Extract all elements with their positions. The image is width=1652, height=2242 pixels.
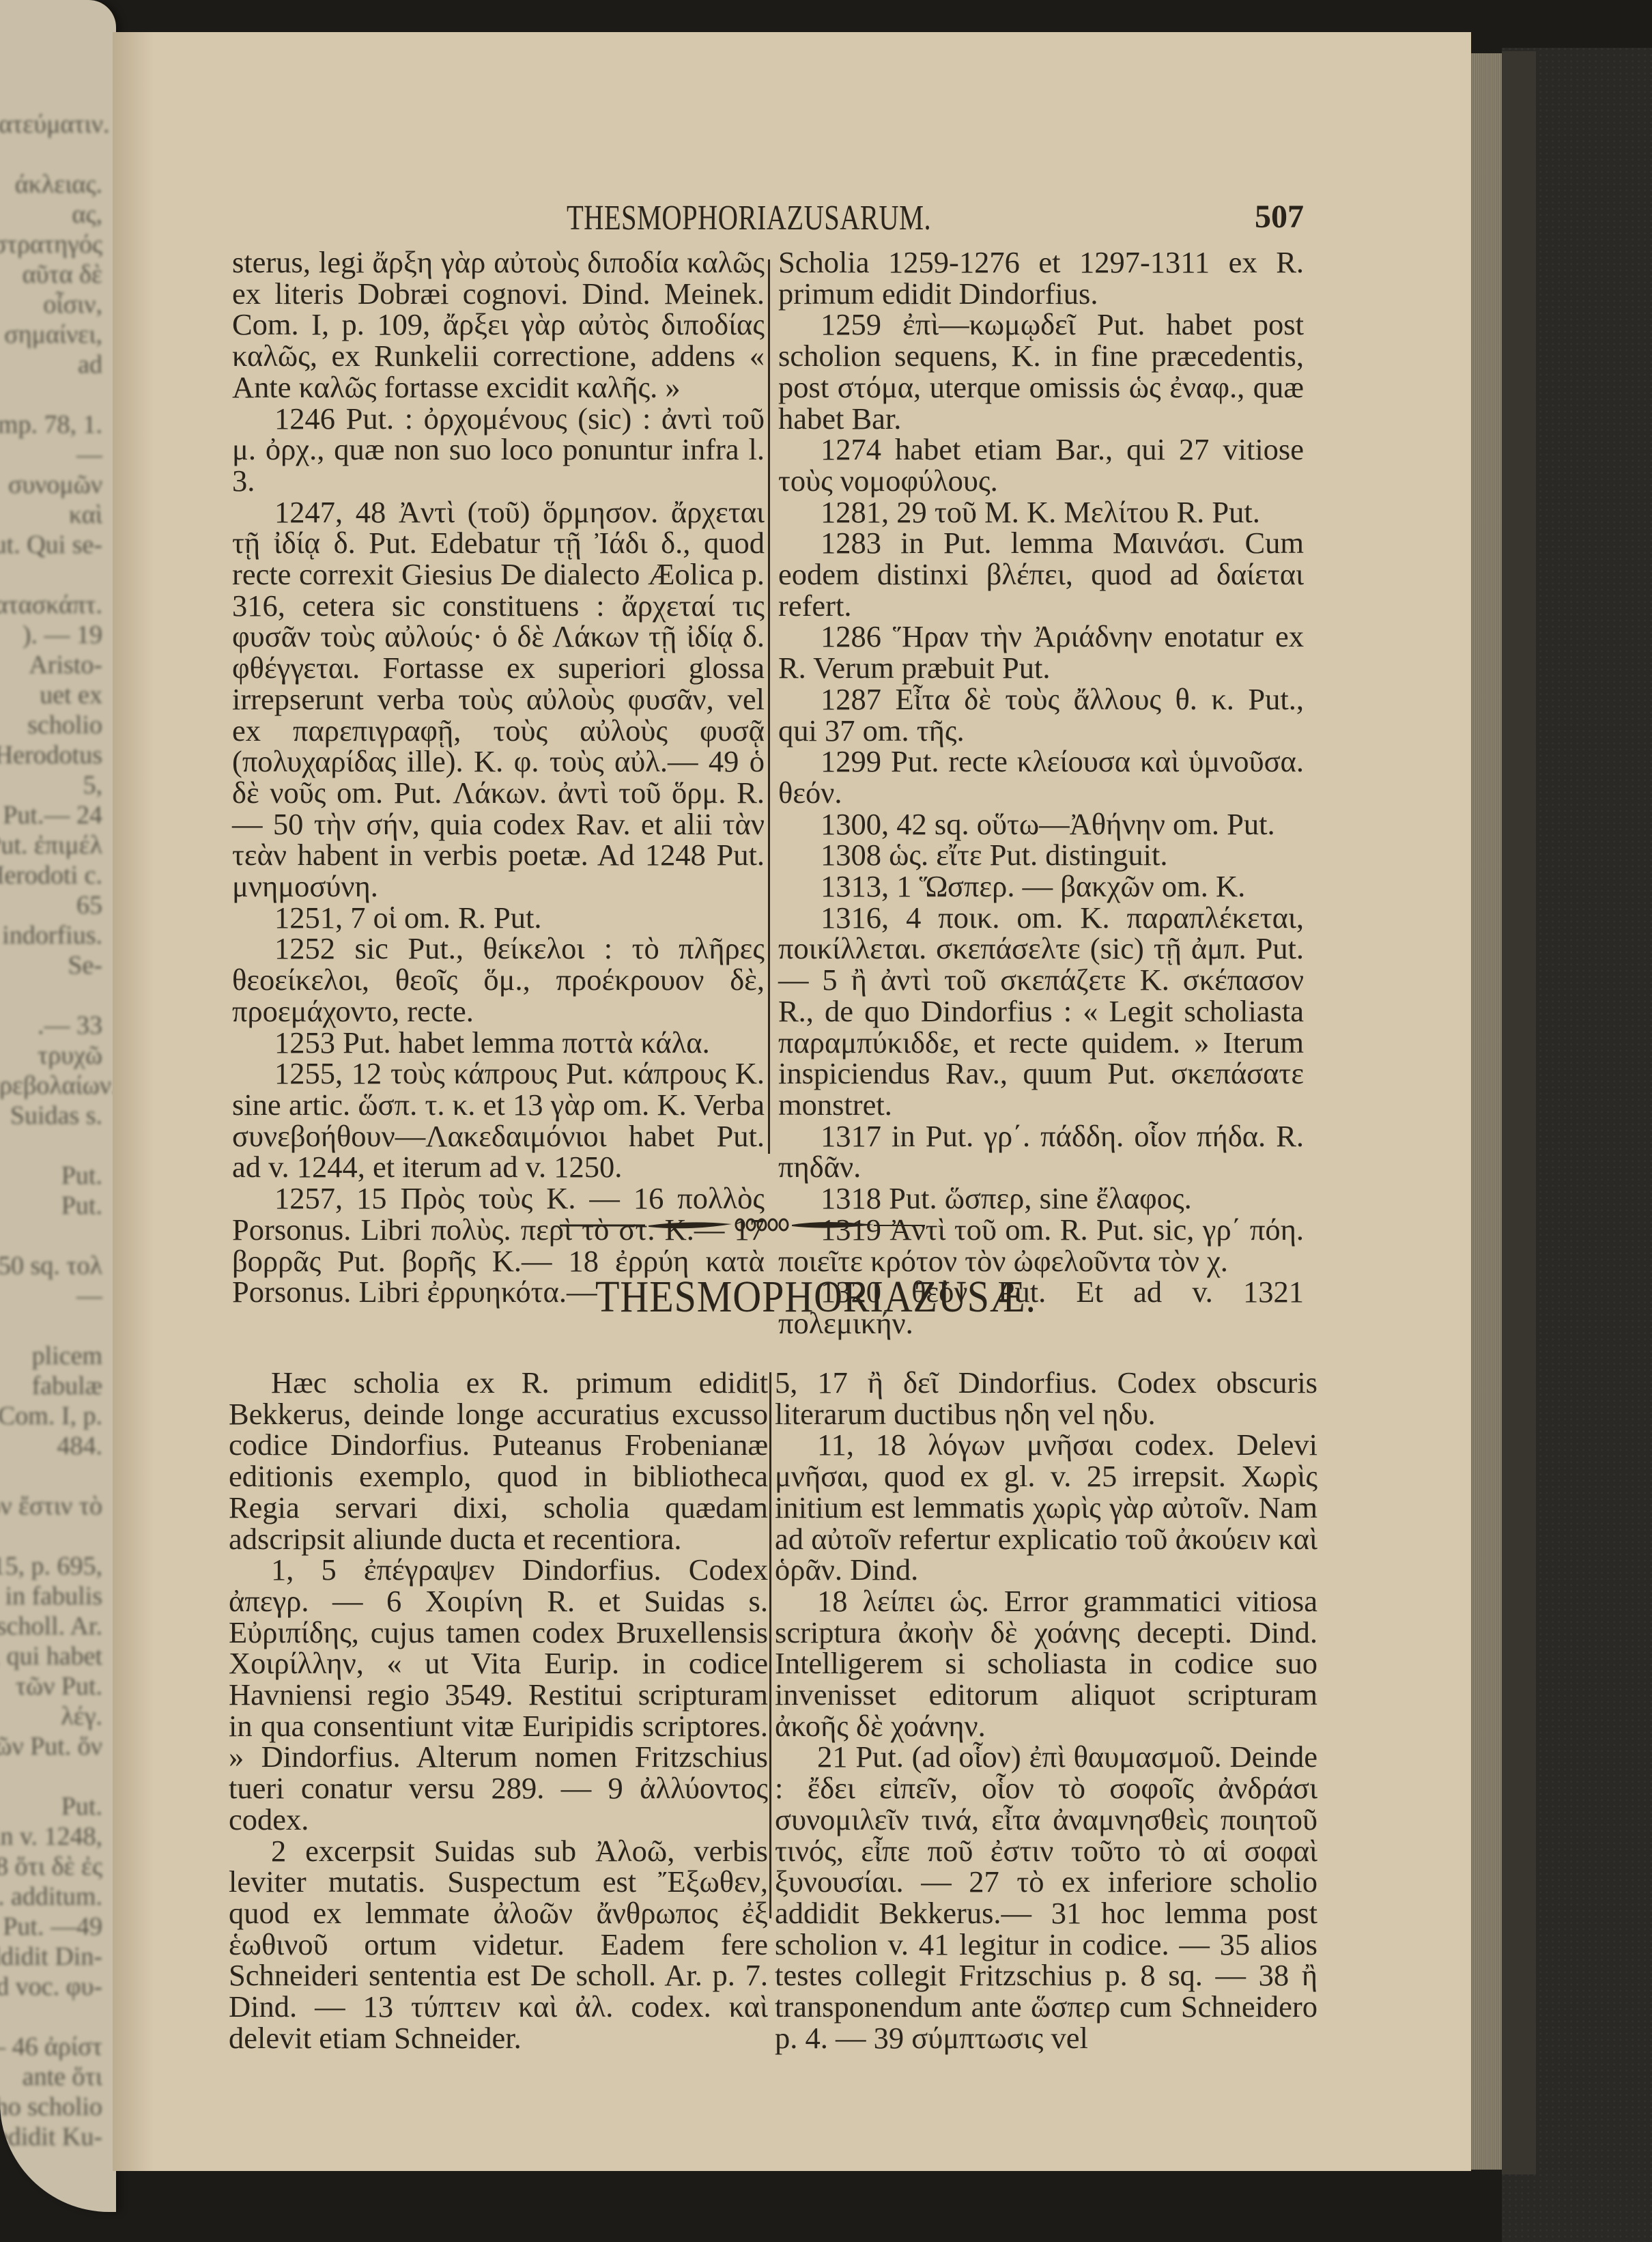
scholion-paragraph: Scholia 1259-1276 et 1297-1311 ex R. pri… (778, 247, 1304, 309)
scholion-paragraph: 1283 in Put. lemma Μαινάσι. Cum eodem di… (778, 528, 1304, 621)
scholion-paragraph: 1259 ἐπὶ—κωμῳδεῖ Put. habet post scholio… (778, 309, 1304, 434)
scholion-paragraph: 1247, 48 Ἀντὶ (τοῦ) ὅρμησον. ἄρχεται τῇ … (232, 497, 765, 903)
scholion-paragraph: 1316, 4 ποικ. om. K. παραπλέκεται, ποικί… (778, 903, 1304, 1121)
lower-right-column: 5, 17 ἢ δεῖ Dindorfius. Codex obscuris l… (775, 1367, 1318, 2054)
page-block-edges (1471, 53, 1502, 2170)
upper-left-column: sterus, legi ἄρξη γὰρ αὐτοὺς διποδία καλ… (232, 247, 765, 1308)
upper-right-column: Scholia 1259-1276 et 1297-1311 ex R. pri… (778, 247, 1304, 1339)
scholion-paragraph: 1274 habet etiam Bar., qui 27 vitiose το… (778, 434, 1304, 496)
scholion-paragraph: 1313, 1 Ὥσπερ. — βακχῶν om. K. (778, 871, 1304, 903)
scholion-paragraph: 1299 Put. recte κλείουσα καὶ ὑμνοῦσα. θε… (778, 746, 1304, 808)
page-number: 507 (1255, 198, 1304, 236)
scholion-paragraph: 1287 Εἶτα δὲ τοὺς ἄλλους θ. κ. Put., qui… (778, 684, 1304, 746)
column-rule-upper (768, 259, 770, 1154)
scholion-paragraph: sterus, legi ἄρξη γὰρ αὐτοὺς διποδία καλ… (232, 247, 765, 403)
scholion-paragraph: 1317 in Put. γρ΄. πάδδη. οἷον πήδα. R. π… (778, 1121, 1304, 1183)
fleuron-divider-icon (553, 1214, 935, 1234)
scholion-paragraph: 21 Put. (ad οἷον) ἐπὶ θαυμασμοῦ. Deinde … (775, 1742, 1318, 2054)
verso-text-fragments: πρατεύματιν. άκλειας. ας, στρατηγός αῦτα… (0, 109, 102, 2152)
scholion-paragraph: 1281, 29 τοῦ M. K. Μελίτου R. Put. (778, 497, 1304, 528)
scholion-paragraph: 1308 ὡς. εἴτε Put. distinguit. (778, 840, 1304, 871)
scholion-paragraph: 1253 Put. habet lemma ποττὰ κάλα. (232, 1027, 765, 1059)
scholion-paragraph: 1300, 42 sq. οὕτω—Ἀθήνην om. Put. (778, 809, 1304, 840)
section-title-text: THESMOPHORIAZUSÆ. (595, 1271, 1036, 1323)
scholion-paragraph: 5, 17 ἢ δεῖ Dindorfius. Codex obscuris l… (775, 1367, 1318, 1430)
scholion-paragraph: 1252 sic Put., θείκελοι : τὸ πλῆρες θεοε… (232, 933, 765, 1027)
lower-left-column: Hæc scholia ex R. primum edidit Bekkerus… (229, 1367, 768, 2054)
column-rule-lower (769, 1372, 771, 1918)
scholion-paragraph: 18 λείπει ὡς. Error grammatici vitiosa s… (775, 1586, 1318, 1742)
scholion-paragraph: 1286 Ἥραν τὴν Ἀριάδνην enotatur ex R. Ve… (778, 621, 1304, 683)
scholion-paragraph: Hæc scholia ex R. primum edidit Bekkerus… (229, 1367, 768, 1555)
verso-page: πρατεύματιν. άκλειας. ας, στρατηγός αῦτα… (0, 0, 116, 2212)
section-title: THESMOPHORIAZUSÆ. (0, 1271, 1652, 1323)
scholion-paragraph: 2 excerpsit Suidas sub Ἀλοῶ, verbis levi… (229, 1836, 768, 2054)
scholion-paragraph: 1246 Put. : ὀρχομένους (sic) : ἀντὶ τοῦ … (232, 403, 765, 497)
scholion-paragraph: 1251, 7 οἱ om. R. Put. (232, 903, 765, 934)
scholion-paragraph: 1255, 12 τοὺς κάπρους Put. κάπρους K. si… (232, 1058, 765, 1183)
running-head: THESMOPHORIAZUSARUM. (567, 198, 931, 238)
scholion-paragraph: 1, 5 ἐπέγραψεν Dindorfius. Codex ἀπεγρ. … (229, 1555, 768, 1835)
cover-hinge (1502, 51, 1536, 2174)
scholion-paragraph: 11, 18 λόγων μνῆσαι codex. Delevi μνῆσαι… (775, 1430, 1318, 1586)
scholion-paragraph: 1318 Put. ὥσπερ, sine ἔλαφος. (778, 1183, 1304, 1215)
